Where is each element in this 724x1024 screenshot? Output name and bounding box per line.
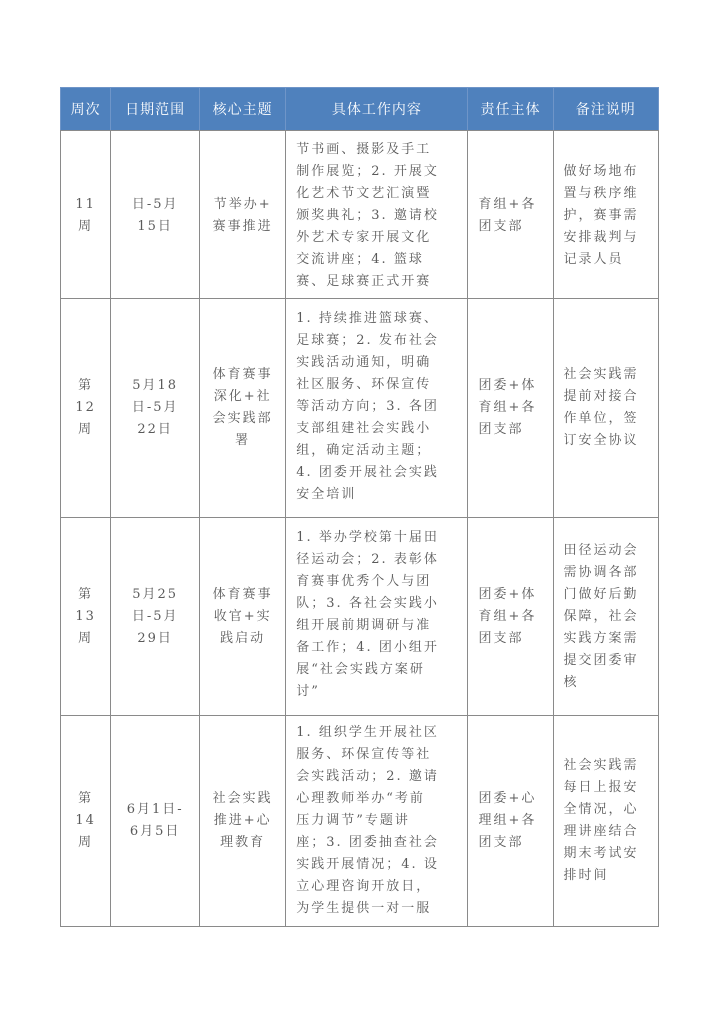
- week-text: 第 13 周: [61, 584, 110, 650]
- date-range-text: 5月25 日-5月 29日: [111, 584, 199, 650]
- cell-remarks: 田径运动会 需协调各部 门做好后勤 保障，社会 实践方案需 提交团委审 核: [553, 518, 658, 716]
- cell-responsible-party: 育组+各 团支部: [468, 131, 553, 299]
- cell-responsible-party: 团委+体 育组+各 团支部: [468, 518, 553, 716]
- cell-core-theme: 体育赛事 收官+实 践启动: [200, 518, 286, 716]
- work-content-text: 1. 持续推进篮球赛、 足球赛；2. 发布社会 实践活动通知，明确 社区服务、环…: [286, 299, 467, 506]
- header-core-theme: 核心主题: [200, 88, 286, 131]
- cell-core-theme: 节举办+ 赛事推进: [200, 131, 286, 299]
- cell-core-theme: 社会实践 推进+心 理教育: [200, 716, 286, 927]
- cell-date-range: 5月25 日-5月 29日: [111, 518, 200, 716]
- theme-text: 社会实践 推进+心 理教育: [200, 788, 285, 854]
- remarks-text: 社会实践需 每日上报安 全情况，心 理讲座结合 期末考试安 排时间: [554, 755, 658, 887]
- header-work-content: 具体工作内容: [286, 88, 468, 131]
- theme-text: 体育赛事 收官+实 践启动: [200, 584, 285, 650]
- table-row-week-11: 11 周 日-5月 15日 节举办+ 赛事推进 节书画、摄影及手工 制作展览；2…: [61, 131, 659, 299]
- cell-week: 11 周: [61, 131, 111, 299]
- week-text: 第 14 周: [61, 788, 110, 854]
- header-week: 周次: [61, 88, 111, 131]
- responsible-party-text: 团委+体 育组+各 团支部: [468, 375, 552, 441]
- cell-date-range: 6月1日- 6月5日: [111, 716, 200, 927]
- table-header: 周次 日期范围 核心主题 具体工作内容 责任主体 备注说明: [61, 88, 659, 131]
- table-body: 11 周 日-5月 15日 节举办+ 赛事推进 节书画、摄影及手工 制作展览；2…: [61, 131, 659, 927]
- remarks-text: 田径运动会 需协调各部 门做好后勤 保障，社会 实践方案需 提交团委审 核: [554, 540, 658, 694]
- cell-week: 第 14 周: [61, 716, 111, 927]
- cell-week: 第 12 周: [61, 299, 111, 518]
- week-text: 第 12 周: [61, 375, 110, 441]
- cell-remarks: 社会实践需 提前对接合 作单位，签 订安全协议: [553, 299, 658, 518]
- table-row-week-14: 第 14 周 6月1日- 6月5日 社会实践 推进+心 理教育 1. 组织学生开…: [61, 716, 659, 927]
- theme-text: 节举办+ 赛事推进: [200, 191, 285, 238]
- header-row: 周次 日期范围 核心主题 具体工作内容 责任主体 备注说明: [61, 88, 659, 131]
- remarks-text: 社会实践需 提前对接合 作单位，签 订安全协议: [554, 364, 658, 452]
- table-row-week-12: 第 12 周 5月18 日-5月 22日 体育赛事 深化+社 会实践部 署 1.…: [61, 299, 659, 518]
- header-responsible-party: 责任主体: [468, 88, 553, 131]
- week-text: 11 周: [61, 191, 110, 238]
- document-page: 周次 日期范围 核心主题 具体工作内容 责任主体 备注说明 11 周 日-5月 …: [0, 0, 724, 1024]
- cell-date-range: 日-5月 15日: [111, 131, 200, 299]
- responsible-party-text: 育组+各 团支部: [468, 191, 552, 238]
- cell-work-content: 节书画、摄影及手工 制作展览；2. 开展文 化艺术节文艺汇演暨 颁奖典礼；3. …: [286, 131, 468, 299]
- date-range-text: 6月1日- 6月5日: [111, 799, 199, 843]
- theme-text: 体育赛事 深化+社 会实践部 署: [200, 364, 285, 452]
- cell-remarks: 社会实践需 每日上报安 全情况，心 理讲座结合 期末考试安 排时间: [553, 716, 658, 927]
- cell-week: 第 13 周: [61, 518, 111, 716]
- responsible-party-text: 团委+体 育组+各 团支部: [468, 584, 552, 650]
- responsible-party-text: 团委+心 理组+各 团支部: [468, 788, 552, 854]
- cell-core-theme: 体育赛事 深化+社 会实践部 署: [200, 299, 286, 518]
- weekly-plan-table: 周次 日期范围 核心主题 具体工作内容 责任主体 备注说明 11 周 日-5月 …: [60, 87, 659, 927]
- cell-work-content: 1. 持续推进篮球赛、 足球赛；2. 发布社会 实践活动通知，明确 社区服务、环…: [286, 299, 468, 518]
- cell-work-content: 1. 举办学校第十届田 径运动会；2. 表彰体 育赛事优秀个人与团 队；3. 各…: [286, 518, 468, 716]
- header-remarks: 备注说明: [553, 88, 658, 131]
- work-content-text: 节书画、摄影及手工 制作展览；2. 开展文 化艺术节文艺汇演暨 颁奖典礼；3. …: [286, 136, 467, 293]
- work-content-text: 1. 举办学校第十届田 径运动会；2. 表彰体 育赛事优秀个人与团 队；3. 各…: [286, 518, 467, 703]
- cell-responsible-party: 团委+心 理组+各 团支部: [468, 716, 553, 927]
- remarks-text: 做好场地布 置与秩序维 护，赛事需 安排裁判与 记录人员: [554, 158, 658, 271]
- date-range-text: 日-5月 15日: [111, 191, 199, 238]
- table-row-week-13: 第 13 周 5月25 日-5月 29日 体育赛事 收官+实 践启动 1. 举办…: [61, 518, 659, 716]
- cell-responsible-party: 团委+体 育组+各 团支部: [468, 299, 553, 518]
- work-content-text: 1. 组织学生开展社区 服务、环保宣传等社 会实践活动；2. 邀请 心理教师举办…: [286, 716, 467, 920]
- cell-remarks: 做好场地布 置与秩序维 护，赛事需 安排裁判与 记录人员: [553, 131, 658, 299]
- header-date-range: 日期范围: [111, 88, 200, 131]
- cell-work-content: 1. 组织学生开展社区 服务、环保宣传等社 会实践活动；2. 邀请 心理教师举办…: [286, 716, 468, 927]
- cell-date-range: 5月18 日-5月 22日: [111, 299, 200, 518]
- date-range-text: 5月18 日-5月 22日: [111, 375, 199, 441]
